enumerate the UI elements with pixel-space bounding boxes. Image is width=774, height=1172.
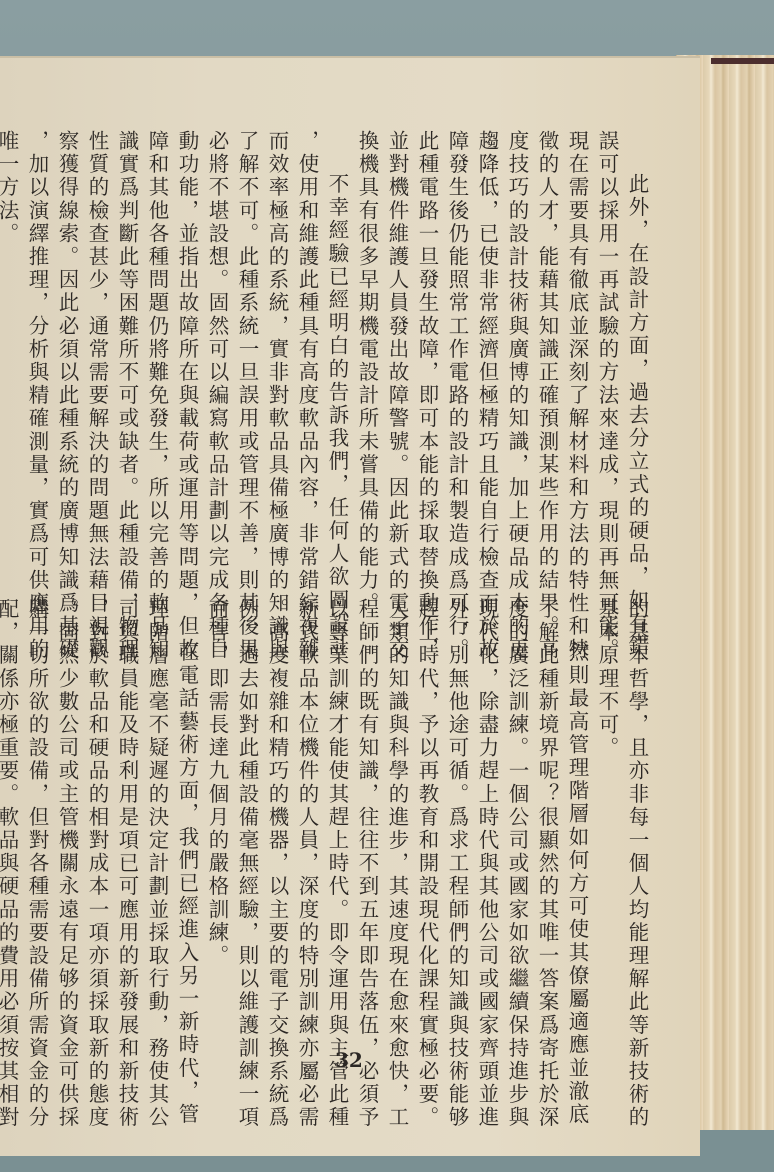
upper-text-section: 此外，在設計方面，過去分立式的硬品，如有錯 誤可以採用一再試驗的方法來達成，現則… (40, 130, 652, 570)
text-column: 然則最高管理階層如何方可使其僚屬適應並澈底 (562, 598, 592, 1038)
text-column: 理階層應毫不疑遲的決定計劃並採取行動，務使其公 (142, 598, 172, 1038)
text-column: 性質的檢查甚少，通常需要解決的問題無法藉目視觀 (82, 130, 112, 570)
text-column: 程師們的既有知識，往往不到五年即告落伍，必須予 (352, 598, 382, 1038)
text-column: 誤可以採用一再試驗的方法來達成，現則再無可能。 (592, 130, 622, 570)
text-column: 趕上時代，予以再教育和開設現代化課程實極必要。 (412, 598, 442, 1038)
page-body: 此外，在設計方面，過去分立式的硬品，如有錯 誤可以採用一再試驗的方法來達成，現則… (40, 130, 652, 1030)
text-column: 司與職員能及時利用是項已可應用的新發展和新技術 (112, 598, 142, 1038)
text-column: 配，關係亦極重要。軟品與硬品的費用必須按其相對 (0, 598, 22, 1038)
text-column: 度的廣泛訓練。一個公司或國家如欲繼續保持進步與 (502, 598, 532, 1038)
text-column: 不幸經驗已經明白的告訴我們，任何人欲圖設計 (322, 130, 352, 570)
text-column: 識實爲判斷此等困難所不可或缺者。此種設備，物理 (112, 130, 142, 570)
text-column: 動功能，並指出故障所在與載荷或運用等問題，但故 (172, 130, 202, 570)
text-column: 趨降低，已使非常經濟但極精巧且能自行檢查而於故 (472, 130, 502, 570)
text-column: 換機具有很多早期機電設計所未嘗具備的能力。 (352, 130, 382, 570)
text-column: 人類的知識與科學的進步，其速度現在愈來愈快，工 (382, 598, 412, 1038)
text-column: 度技巧的設計技術與廣博的知識，加上硬品成本的更 (502, 130, 532, 570)
text-column: 必將不堪設想。固然可以編寫軟品計劃以完成各種自 (202, 130, 232, 570)
text-column: 此種電路一旦發生故障，即可本能的採取替換動作， (412, 130, 442, 570)
text-column: 基本原理不可。 (592, 598, 622, 1038)
text-column: 購一切所欲的設備，但對各種需要設備所需資金的分 (22, 598, 52, 1038)
text-column: 的基本哲學，且亦非每一個人均能理解此等新技術的 (622, 598, 652, 1038)
text-column: 此外，在設計方面，過去分立式的硬品，如有錯 (622, 130, 652, 570)
text-column: 。高度複雜和精巧的機器，以主要的電子交換系統爲 (262, 598, 292, 1038)
text-column: 並對機件維護人員發出故障警號。因此新式的電子交 (382, 130, 412, 570)
text-column: ，使用和維護此種具有高度軟品內容，非常錯綜複雜 (292, 130, 322, 570)
text-column: 唯一方法。 (0, 130, 22, 570)
text-column: 例，過去如對此種設備毫無經驗，則以維護訓練一項 (232, 598, 262, 1038)
text-column: 了解不可。此種系統一旦誤用或管理不善，則其後果 (232, 130, 262, 570)
text-column: 外，別無他途可循。爲求工程師們的知識與技術能够 (442, 598, 472, 1038)
text-column: 以專業訓練才能使其趕上時代。即令運用與主管此種 (322, 598, 352, 1038)
text-column: ，加以演繹推理，分析與精確測量，實爲可供應用的 (22, 130, 52, 570)
text-column: 徵的人才，能藉其知識正確預測某些作用的結果。高 (532, 130, 562, 570)
text-column: 而言，即需長達九個月的嚴格訓練。 (202, 598, 232, 1038)
text-column: 現代化，除盡力趕上時代與其他公司或國家齊頭並進 (472, 598, 502, 1038)
text-column: 現在需要具有徹底並深刻了解材料和方法的特性和特 (562, 130, 592, 570)
text-column: 而效率極高的系統，實非對軟品具備極廣博的知識與 (262, 130, 292, 570)
text-column: ，對於軟品和硬品的相對成本一項亦須採取新的態度 (82, 598, 112, 1038)
text-column: 障和其他各種問題仍將難免發生，所以完善的軟品知 (142, 130, 172, 570)
text-column: 障發生後仍能照常工作電路的設計和製造成爲可行。 (442, 130, 472, 570)
text-column: 在電話藝術方面，我們已經進入另一新時代，管 (172, 598, 202, 1038)
text-column: 了解此種新境界呢？很顯然的其唯一答案爲寄托於深 (532, 598, 562, 1038)
text-column: 。固然少數公司或主管機關永遠有足够的資金可供採 (52, 598, 82, 1038)
text-column: 新式軟品本位機件的人員，深度的特別訓練亦屬必需 (292, 598, 322, 1038)
text-column: 察獲得線索。因此必須以此種系統的廣博知識爲基礎 (52, 130, 82, 570)
lower-text-section: 的基本哲學，且亦非每一個人均能理解此等新技術的 基本原理不可。 然則最高管理階層… (40, 598, 652, 1038)
page-number: 32 (335, 1048, 363, 1072)
